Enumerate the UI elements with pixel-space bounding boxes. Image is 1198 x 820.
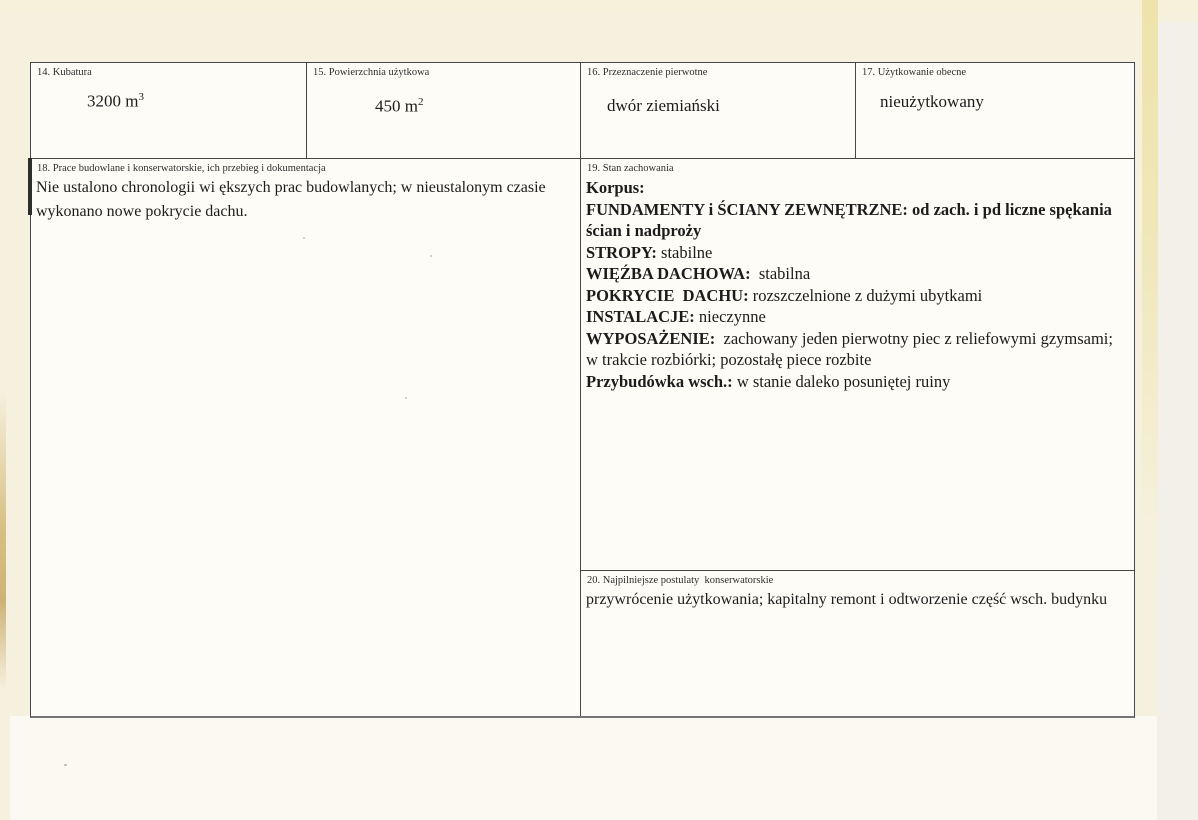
condition-line-korpus: Korpus: bbox=[586, 177, 1128, 199]
record-card-table: 14. Kubatura 3200 m3 15. Powierzchnia uż… bbox=[30, 62, 1135, 718]
field-20-postulaty-cell: 20. Najpilniejsze postulaty konserwators… bbox=[581, 571, 1134, 716]
condition-line-stropy: STROPY: stabilne bbox=[586, 242, 1128, 264]
condition-line-pokrycie: POKRYCIE DACHU: rozszczelnione z dużymi … bbox=[586, 285, 1128, 307]
field-14-kubatura-cell: 14. Kubatura 3200 m3 bbox=[31, 63, 307, 159]
scan-edge-tan-strip bbox=[0, 390, 6, 690]
condition-line-wiezba: WIĘŹBA DACHOWA: stabilna bbox=[586, 263, 1128, 285]
field-14-superscript: 3 bbox=[138, 91, 144, 103]
condition-line-wyposazenie: WYPOSAŻENIE: zachowany jeden pierwotny p… bbox=[586, 328, 1128, 371]
scan-speck bbox=[430, 255, 432, 257]
field-17-label: 17. Użytkowanie obecne bbox=[856, 63, 1134, 79]
condition-line-przybudowka: Przybudówka wsch.: w stanie daleko posun… bbox=[586, 371, 1128, 393]
scan-top-margin bbox=[0, 0, 1198, 14]
scan-right-margin bbox=[1157, 22, 1198, 820]
condition-line-instalacje: INSTALACJE: nieczynne bbox=[586, 306, 1128, 328]
field-20-value: przywrócenie użytkowania; kapitalny remo… bbox=[581, 587, 1134, 611]
field-15-value: 450 m2 bbox=[375, 96, 423, 117]
field-15-label: 15. Powierzchnia użytkowa bbox=[307, 63, 580, 79]
field-15-superscript: 2 bbox=[418, 96, 424, 108]
field-19-condition-lines: Korpus: FUNDAMENTY i ŚCIANY ZEWNĘTRZNE: … bbox=[581, 175, 1134, 392]
field-20-label: 20. Najpilniejsze postulaty konserwators… bbox=[581, 571, 1134, 587]
field-18-label: 18. Prace budowlane i konserwatorskie, i… bbox=[31, 159, 580, 175]
field-18-value: Nie ustalono chronologii wi ększych prac… bbox=[31, 175, 581, 224]
field-14-label: 14. Kubatura bbox=[31, 63, 306, 79]
field-16-przeznaczenie-cell: 16. Przeznaczenie pierwotne dwór ziemiań… bbox=[581, 63, 856, 159]
field-14-value: 3200 m3 bbox=[87, 91, 144, 112]
field-17-uzytkowanie-cell: 17. Użytkowanie obecne nieużytkowany bbox=[856, 63, 1134, 159]
scan-speck bbox=[303, 237, 305, 239]
scan-bottom-margin bbox=[10, 716, 1157, 820]
field-16-value: dwór ziemiański bbox=[607, 96, 720, 116]
scan-speck bbox=[64, 764, 67, 766]
condition-line-fundamenty: FUNDAMENTY i ŚCIANY ZEWNĘTRZNE: od zach.… bbox=[586, 199, 1128, 242]
field-15-powierzchnia-cell: 15. Powierzchnia użytkowa 450 m2 bbox=[307, 63, 581, 159]
field-15-number: 450 m bbox=[375, 97, 418, 116]
scan-edge-yellow-band bbox=[1142, 0, 1158, 700]
scan-ink-blotch bbox=[28, 158, 32, 215]
scan-speck bbox=[405, 397, 407, 399]
field-17-value: nieużytkowany bbox=[880, 92, 984, 112]
field-18-prace-budowlane-cell: 18. Prace budowlane i konserwatorskie, i… bbox=[31, 159, 581, 716]
field-16-label: 16. Przeznaczenie pierwotne bbox=[581, 63, 855, 79]
field-14-number: 3200 m bbox=[87, 92, 138, 111]
field-19-label: 19. Stan zachowania bbox=[581, 159, 1134, 175]
field-19-stan-zachowania-cell: 19. Stan zachowania Korpus: FUNDAMENTY i… bbox=[581, 159, 1134, 571]
